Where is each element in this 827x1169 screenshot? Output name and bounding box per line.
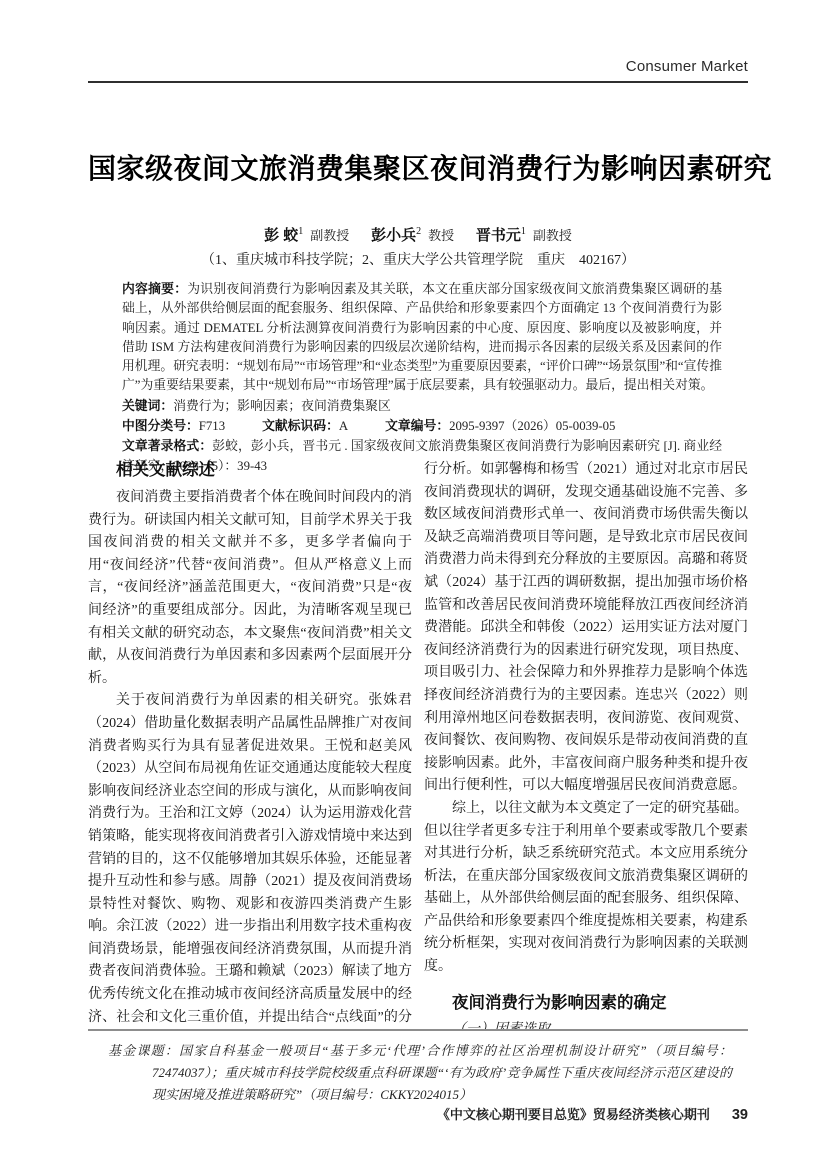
clc-number: 中图分类号：F713 <box>122 416 225 436</box>
clc-value: F713 <box>199 419 225 433</box>
author-2-affil-sup: 2 <box>416 226 421 237</box>
author-3-role: 副教授 <box>533 228 572 243</box>
body-columns: 相关文献综述 夜间消费主要指消费者个体在晚间时间段内的消费行为。研读国内相关文献… <box>88 459 748 1029</box>
journal-section-label: Consumer Market <box>626 58 748 75</box>
article-title: 国家级夜间文旅消费集聚区夜间消费行为影响因素研究 <box>88 147 748 187</box>
clc-label: 中图分类号： <box>122 418 199 433</box>
funding-footnote: 基金课题：国家自科基金一般项目“基于多元‘代理’合作博弈的社区治理机制设计研究”… <box>88 1029 748 1106</box>
keywords: 关键词：消费行为；影响因素；夜间消费集聚区 <box>122 396 722 416</box>
author-1: 彭 蛟1副教授 <box>264 228 349 244</box>
body-paragraph: 综上，以往文献为本文奠定了一定的研究基础。但以往学者更多专注于利用单个要素或零散… <box>424 798 748 979</box>
document-code-value: A <box>339 419 348 433</box>
section-heading-factor-determination: 夜间消费行为影响因素的确定 <box>424 992 748 1015</box>
body-paragraph: 夜间消费主要指消费者个体在晚间时间段内的消费行为。研读国内相关文献可知，目前学术… <box>88 487 412 690</box>
page-number: 39 <box>732 1107 748 1123</box>
funding-footnote-label: 基金课题： <box>108 1043 179 1058</box>
author-2: 彭小兵2教授 <box>371 228 454 244</box>
front-matter: 内容摘要：为识别夜间消费行为影响因素及其关联，本文在重庆部分国家级夜间文旅消费集… <box>122 279 722 476</box>
subsection-heading-factor-selection: （一）因素选取 <box>424 1019 748 1029</box>
author-2-role: 教授 <box>428 228 454 243</box>
page-footer: 《中文核心期刊要目总览》贸易经济类核心期刊 39 <box>437 1104 748 1123</box>
citation-label: 文章著录格式： <box>122 438 212 453</box>
author-1-affil-sup: 1 <box>298 226 303 237</box>
keywords-label: 关键词： <box>122 398 173 413</box>
abstract-text: 为识别夜间消费行为影响因素及其关联，本文在重庆部分国家级夜间文旅消费集聚区调研的… <box>122 282 722 392</box>
article-number-value: 2095-9397（2026）05-0039-05 <box>449 419 615 433</box>
body-paragraph: 关于夜间消费行为单因素的相关研究。张姝君（2024）借助量化数据表明产品属性品牌… <box>88 690 412 1029</box>
document-code: 文献标识码：A <box>262 416 348 436</box>
header-rule <box>88 81 748 83</box>
document-code-label: 文献标识码： <box>262 418 339 433</box>
keywords-text: 消费行为；影响因素；夜间消费集聚区 <box>173 399 391 413</box>
funding-footnote-text: 基金课题：国家自科基金一般项目“基于多元‘代理’合作博弈的社区治理机制设计研究”… <box>108 1040 732 1106</box>
abstract-label: 内容摘要： <box>122 281 187 296</box>
author-line: 彭 蛟1副教授 彭小兵2教授 晋书元1副教授 <box>88 224 748 245</box>
section-heading-literature-review: 相关文献综述 <box>88 459 412 482</box>
author-3-affil-sup: 1 <box>521 226 526 237</box>
abstract: 内容摘要：为识别夜间消费行为影响因素及其关联，本文在重庆部分国家级夜间文旅消费集… <box>122 279 722 396</box>
article-number-label: 文章编号： <box>385 418 449 433</box>
affiliation-line: （1、重庆城市科技学院；2、重庆大学公共管理学院 重庆 402167） <box>88 249 748 269</box>
body-paragraph-continuation: 行分析。如郭馨梅和杨雪（2021）通过对北京市居民夜间消费现状的调研，发现交通基… <box>424 459 748 798</box>
paper-page: Consumer Market 国家级夜间文旅消费集聚区夜间消费行为影响因素研究… <box>0 0 827 1169</box>
author-3: 晋书元1副教授 <box>476 228 572 244</box>
meta-row: 中图分类号：F713 文献标识码：A 文章编号：2095-9397（2026）0… <box>122 416 722 436</box>
author-3-name: 晋书元 <box>476 227 521 244</box>
right-column: 行分析。如郭馨梅和杨雪（2021）通过对北京市居民夜间消费现状的调研，发现交通基… <box>424 459 748 1029</box>
article-number: 文章编号：2095-9397（2026）05-0039-05 <box>385 416 615 436</box>
author-2-name: 彭小兵 <box>371 227 416 244</box>
journal-index-note: 《中文核心期刊要目总览》贸易经济类核心期刊 <box>437 1104 710 1123</box>
funding-footnote-body: 国家自科基金一般项目“基于多元‘代理’合作博弈的社区治理机制设计研究”（项目编号… <box>152 1043 732 1102</box>
author-1-role: 副教授 <box>310 228 349 243</box>
author-1-name: 彭 蛟 <box>264 227 298 244</box>
left-column: 相关文献综述 夜间消费主要指消费者个体在晚间时间段内的消费行为。研读国内相关文献… <box>88 459 412 1029</box>
